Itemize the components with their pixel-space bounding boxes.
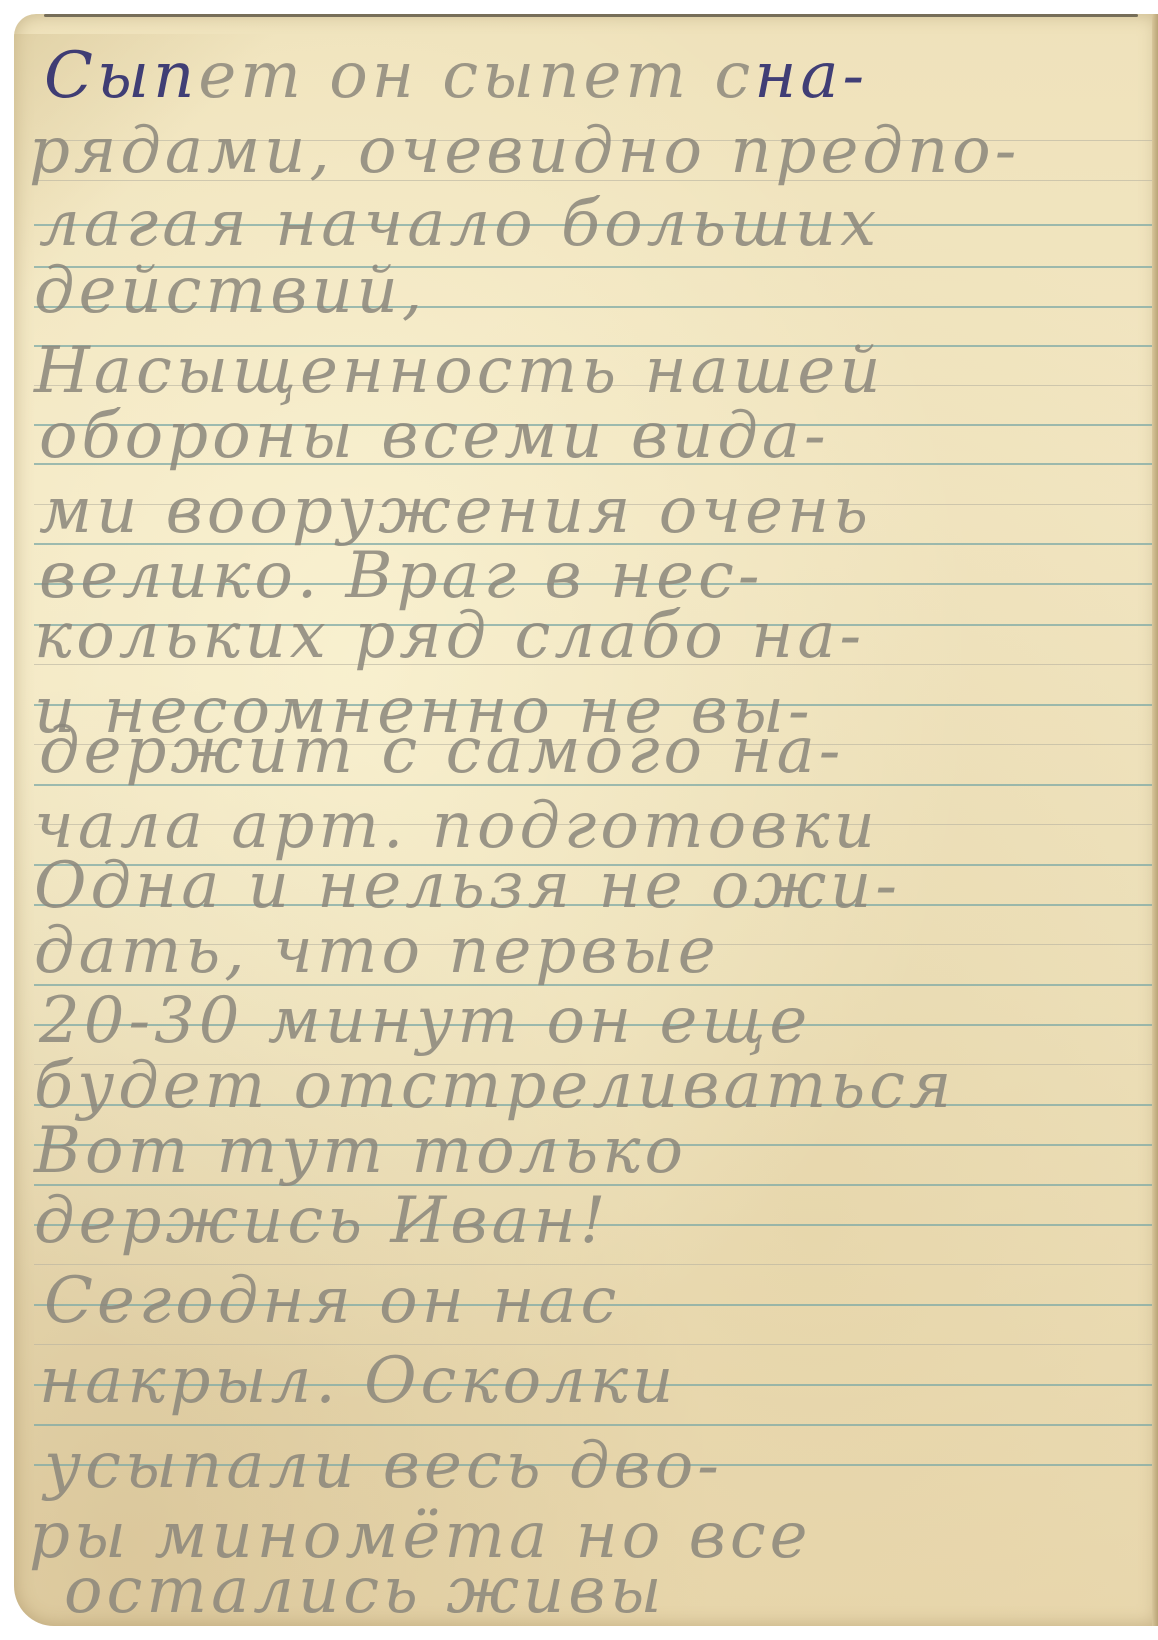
handwritten-line-23: остались живы — [64, 1559, 666, 1623]
pencil-text: ет он сыпет с — [198, 39, 754, 113]
ink-overwrite: на- — [754, 39, 868, 113]
handwritten-line-20: накрыл. Осколки — [39, 1349, 677, 1413]
handwritten-line-14: дать, что первые — [34, 919, 720, 983]
handwritten-line-2: рядами, очевидно предпо- — [29, 119, 1020, 183]
handwritten-line-1: Сыпет он сыпет сна- — [44, 44, 868, 108]
notebook-page: Сыпет он сыпет сна- рядами, очевидно пре… — [14, 14, 1158, 1626]
handwritten-line-15: 20-30 минут он еще — [39, 989, 811, 1053]
handwritten-line-13: Одна и нельзя не ожи- — [34, 854, 901, 918]
handwritten-line-9: кольких ряд слабо на- — [34, 604, 865, 668]
page-top-edge — [44, 14, 1138, 17]
handwritten-line-21: усыпали весь дво- — [44, 1434, 723, 1498]
handwritten-line-11: держит с самого на- — [39, 719, 844, 783]
handwritten-line-4: действий, — [34, 259, 426, 323]
handwritten-line-3: лагая начало больших — [39, 192, 880, 256]
handwritten-line-19: Сегодня он нас — [44, 1269, 620, 1333]
handwritten-line-5: Насыщенность нашей — [34, 339, 884, 403]
ruled-line — [34, 1424, 1152, 1426]
handwritten-line-17: Вот тут только — [34, 1119, 687, 1183]
handwritten-line-7: ми вооружения очень — [39, 479, 872, 543]
handwritten-line-18: держись Иван! — [34, 1189, 610, 1253]
handwritten-line-16: будет отстреливаться — [34, 1054, 955, 1118]
page-binding-edge — [1152, 14, 1158, 1626]
ink-overwrite: Сып — [44, 39, 198, 113]
handwritten-line-6: обороны всеми вида- — [39, 404, 830, 468]
